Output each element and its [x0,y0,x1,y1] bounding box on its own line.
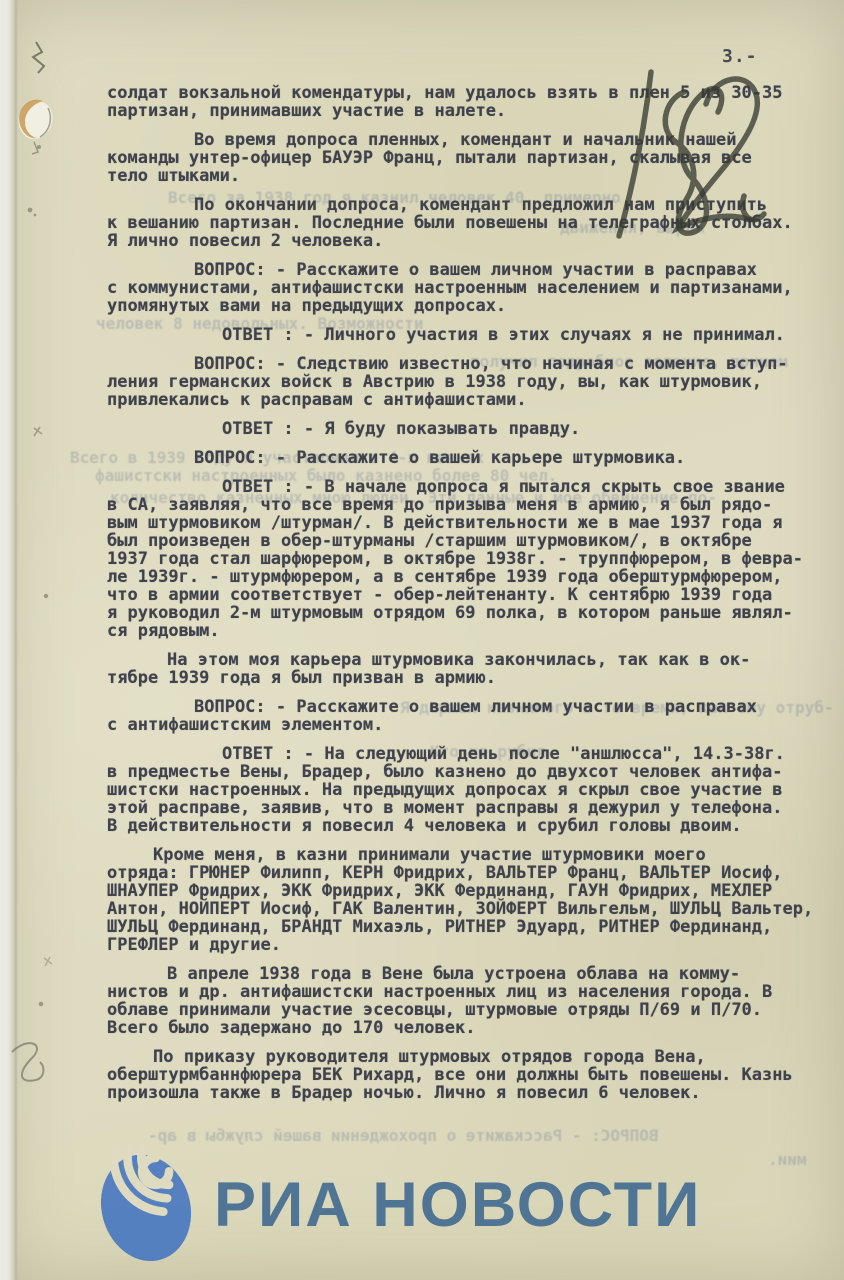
paragraph: По окончании допроса, комендант предложи… [107,196,829,250]
question-paragraph: ВОПРОС: - Расскажите о вашем личном учас… [107,698,829,734]
answer-paragraph: ОТВЕТ : - Личного участия в этих случаях… [107,326,829,344]
question-paragraph: ВОПРОС: - Расскажите о вашем личном учас… [107,261,829,315]
question-paragraph: ВОПРОС: - Следствию известно, что начина… [107,355,829,409]
paper-edge [0,0,18,1280]
answer-paragraph: ОТВЕТ : - На следующий день после "аншлю… [107,745,829,835]
paragraph: В апреле 1938 года в Вене была устроена … [107,965,829,1037]
ria-globe-icon [96,1144,196,1266]
document-page: Всего за 1938 год я казнил человек 40, п… [0,0,844,1280]
page-number: 3.- [722,46,758,67]
answer-paragraph: ОТВЕТ : - В начале допроса я пытался скр… [107,478,829,640]
document-body: солдат вокзальной комендатуры, нам удало… [107,84,829,1102]
ria-novosti-wordmark: РИА НОВОСТИ [214,1169,701,1241]
paper-specks [28,145,52,1006]
paragraph: По приказу руководителя штурмовых отрядо… [107,1048,829,1102]
paper-tear [18,100,52,154]
ria-novosti-watermark: РИА НОВОСТИ [96,1142,786,1268]
answer-paragraph: ОТВЕТ : - Я буду показывать правду. [107,420,829,438]
paragraph-continuation: солдат вокзальной комендатуры, нам удало… [107,84,829,120]
paragraph: На этом моя карьера штурмовика закончила… [107,651,829,687]
pencil-loop [12,1043,43,1081]
question-paragraph: ВОПРОС: - Расскажите о вашей карьере шту… [107,449,829,467]
paragraph-names-list: Кроме меня, в казни принимали участие шт… [107,846,829,954]
paragraph: Во время допроса пленных, комендант и на… [107,131,829,185]
pencil-squiggle [33,42,44,73]
